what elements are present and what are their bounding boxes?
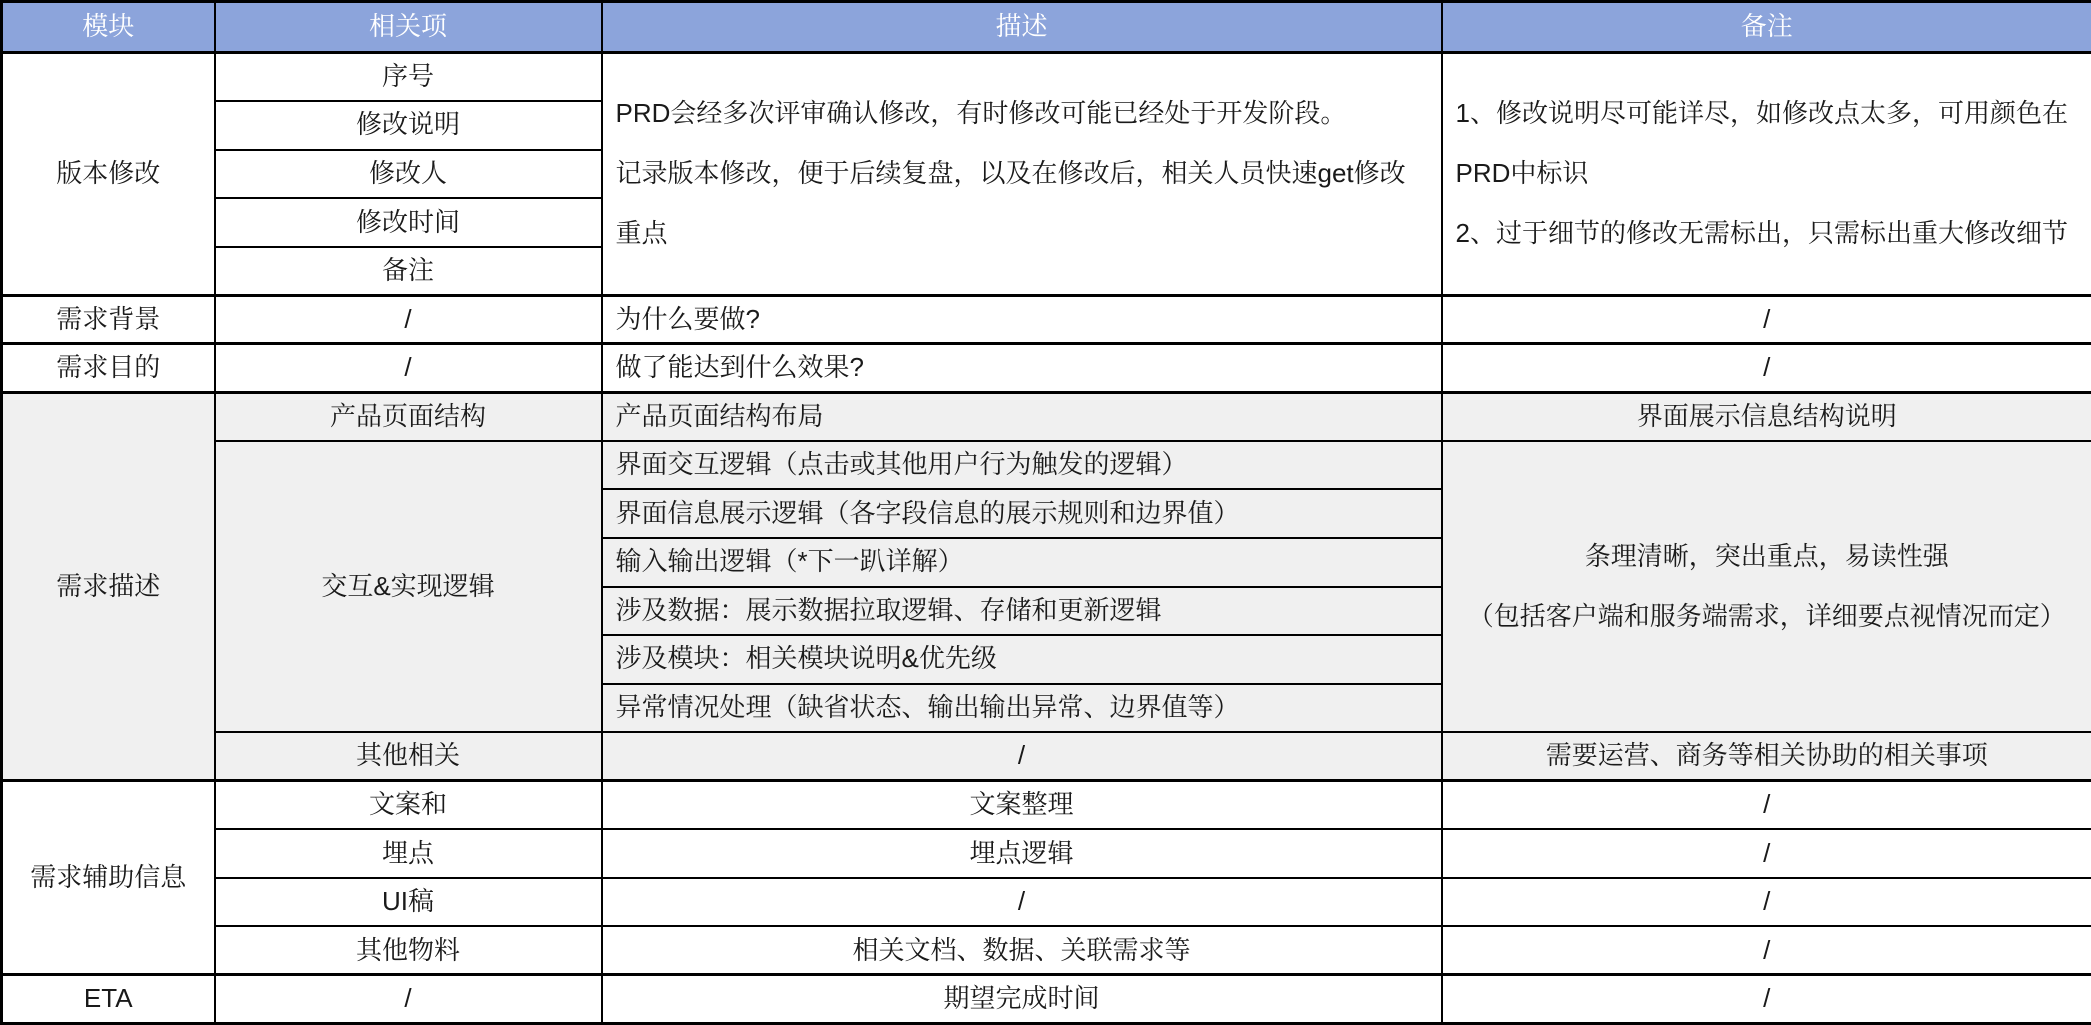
description-cell-interaction-2: 输入输出逻辑（*下一趴详解）: [602, 538, 1442, 587]
description-cell-page-structure: 产品页面结构布局: [602, 392, 1442, 441]
module-cell-version: 版本修改: [2, 53, 215, 296]
column-header-note: 备注: [1442, 2, 2091, 53]
description-cell-interaction-5: 异常情况处理（缺省状态、输出输出异常、边界值等）: [602, 684, 1442, 733]
table-row: 交互&实现逻辑 界面交互逻辑（点击或其他用户行为触发的逻辑） 条理清晰，突出重点…: [2, 441, 2091, 490]
item-cell-version-3: 修改时间: [215, 198, 602, 247]
item-cell-other-related: 其他相关: [215, 732, 602, 781]
module-cell-eta: ETA: [2, 975, 215, 1024]
description-cell-eta: 期望完成时间: [602, 975, 1442, 1024]
description-cell-purpose: 做了能达到什么效果?: [602, 344, 1442, 393]
item-cell-aux-3: 其他物料: [215, 926, 602, 975]
description-cell-other-related: /: [602, 732, 1442, 781]
column-header-description: 描述: [602, 2, 1442, 53]
table-row: ETA / 期望完成时间 /: [2, 975, 2091, 1024]
note-cell-aux-2: /: [1442, 878, 2091, 927]
note-cell-interaction: 条理清晰，突出重点，易读性强 （包括客户端和服务端需求，详细要点视情况而定）: [1442, 441, 2091, 732]
item-cell-version-4: 备注: [215, 247, 602, 296]
description-cell-aux-3: 相关文档、数据、关联需求等: [602, 926, 1442, 975]
item-cell-aux-1: 埋点: [215, 829, 602, 878]
module-cell-auxiliary: 需求辅助信息: [2, 781, 215, 975]
table-row: 版本修改 序号 PRD会经多次评审确认修改，有时修改可能已经处于开发阶段。 记录…: [2, 53, 2091, 102]
description-cell-interaction-1: 界面信息展示逻辑（各字段信息的展示规则和边界值）: [602, 489, 1442, 538]
note-cell-background: /: [1442, 295, 2091, 344]
description-cell-background: 为什么要做?: [602, 295, 1442, 344]
table-row: 需求描述 产品页面结构 产品页面结构布局 界面展示信息结构说明: [2, 392, 2091, 441]
note-cell-purpose: /: [1442, 344, 2091, 393]
item-cell-version-2: 修改人: [215, 150, 602, 199]
item-cell-version-1: 修改说明: [215, 101, 602, 150]
item-cell-interaction: 交互&实现逻辑: [215, 441, 602, 732]
item-cell-eta: /: [215, 975, 602, 1024]
table-row: 其他物料 相关文档、数据、关联需求等 /: [2, 926, 2091, 975]
description-cell-interaction-3: 涉及数据：展示数据拉取逻辑、存储和更新逻辑: [602, 587, 1442, 636]
table-row: 需求辅助信息 文案和 文案整理 /: [2, 781, 2091, 830]
column-header-item: 相关项: [215, 2, 602, 53]
table-row: 埋点 埋点逻辑 /: [2, 829, 2091, 878]
table-row: UI稿 / /: [2, 878, 2091, 927]
note-cell-aux-1: /: [1442, 829, 2091, 878]
header-row: 模块 相关项 描述 备注: [2, 2, 2091, 53]
module-cell-background: 需求背景: [2, 295, 215, 344]
description-cell-version: PRD会经多次评审确认修改，有时修改可能已经处于开发阶段。 记录版本修改，便于后…: [602, 53, 1442, 296]
note-cell-page-structure: 界面展示信息结构说明: [1442, 392, 2091, 441]
table-row: 需求背景 / 为什么要做? /: [2, 295, 2091, 344]
module-cell-requirement: 需求描述: [2, 392, 215, 780]
item-cell-aux-0: 文案和: [215, 781, 602, 830]
item-cell-purpose: /: [215, 344, 602, 393]
description-cell-interaction-0: 界面交互逻辑（点击或其他用户行为触发的逻辑）: [602, 441, 1442, 490]
note-cell-aux-3: /: [1442, 926, 2091, 975]
prd-structure-table: 模块 相关项 描述 备注 版本修改 序号 PRD会经多次评审确认修改，有时修改可…: [0, 0, 2091, 1025]
note-cell-aux-0: /: [1442, 781, 2091, 830]
item-cell-page-structure: 产品页面结构: [215, 392, 602, 441]
column-header-module: 模块: [2, 2, 215, 53]
description-cell-aux-0: 文案整理: [602, 781, 1442, 830]
item-cell-background: /: [215, 295, 602, 344]
note-cell-version: 1、修改说明尽可能详尽，如修改点太多，可用颜色在PRD中标识 2、过于细节的修改…: [1442, 53, 2091, 296]
module-cell-purpose: 需求目的: [2, 344, 215, 393]
description-cell-aux-1: 埋点逻辑: [602, 829, 1442, 878]
table-row: 其他相关 / 需要运营、商务等相关协助的相关事项: [2, 732, 2091, 781]
table-row: 需求目的 / 做了能达到什么效果? /: [2, 344, 2091, 393]
description-cell-interaction-4: 涉及模块：相关模块说明&优先级: [602, 635, 1442, 684]
item-cell-version-0: 序号: [215, 53, 602, 102]
item-cell-aux-2: UI稿: [215, 878, 602, 927]
note-cell-other-related: 需要运营、商务等相关协助的相关事项: [1442, 732, 2091, 781]
description-cell-aux-2: /: [602, 878, 1442, 927]
note-cell-eta: /: [1442, 975, 2091, 1024]
